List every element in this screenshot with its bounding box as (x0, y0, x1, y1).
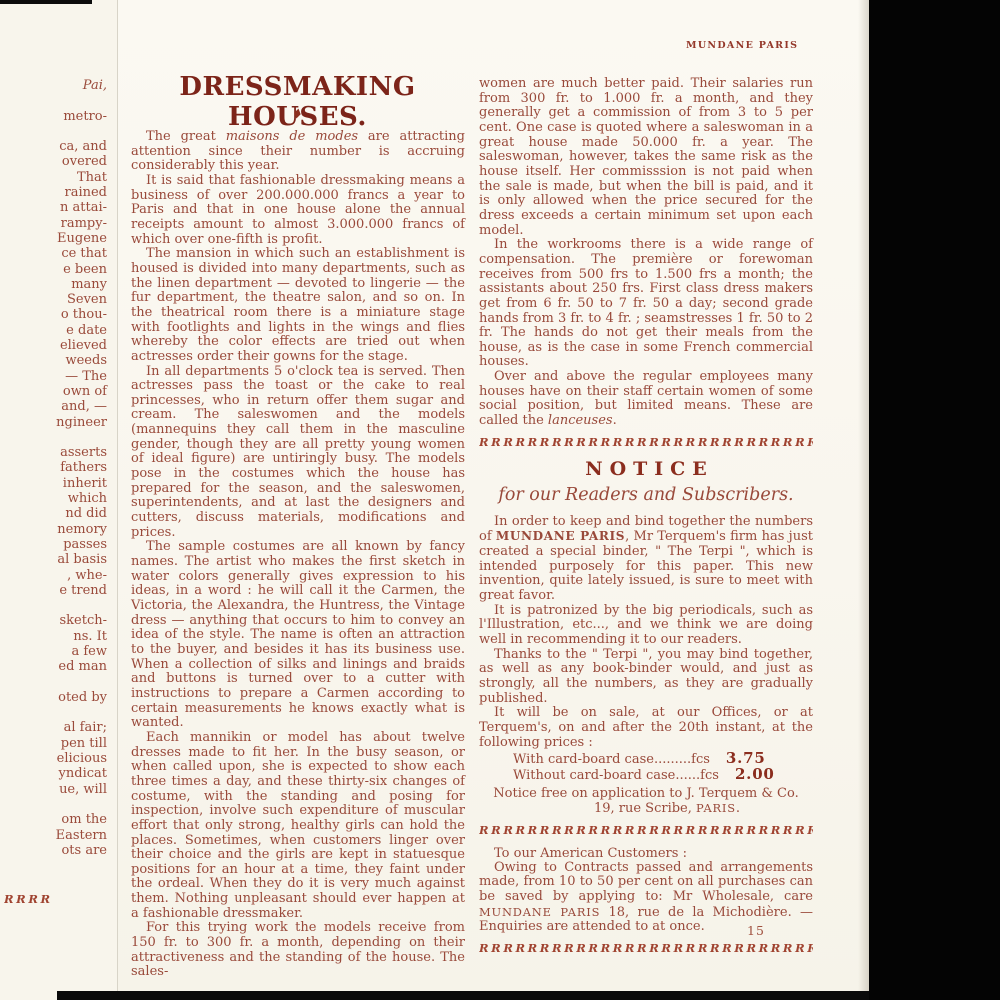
article-paragraph: For this trying work the models receive … (131, 921, 465, 980)
black-top-edge (0, 0, 92, 4)
notice-paragraphs: In order to keep and bind together the n… (479, 515, 813, 751)
left-page-fragment: e date (0, 323, 107, 338)
left-page-fragment: ns. It (0, 629, 107, 644)
notice-paragraph: In order to keep and bind together the n… (479, 515, 813, 604)
left-page-fragment: yndicat (0, 766, 107, 781)
notice-paragraph: It is patronized by the big periodicals,… (479, 604, 813, 648)
left-page-fragment: which (0, 491, 107, 506)
black-right-margin (869, 0, 1000, 1000)
notice-paragraph: Thanks to the " Terpi ", you may bind to… (479, 648, 813, 707)
left-page-fragment: and, — (0, 399, 107, 414)
left-page-fragment: inherit (0, 476, 107, 491)
article-paragraph: The mansion in which such an establishme… (131, 247, 465, 364)
notice-subtitle: for our Readers and Subscribers. (479, 484, 813, 506)
article-paragraph: In all departments 5 o'clock tea is serv… (131, 365, 465, 541)
left-page-fragment (0, 797, 107, 812)
left-page-fragment: fathers (0, 460, 107, 475)
article-paragraph: It is said that fashionable dressmaking … (131, 174, 465, 247)
left-page-fragment: ce that (0, 246, 107, 261)
magazine-name: MUNDANE PARIS (686, 40, 798, 51)
article-paragraph: In the workrooms there is a wide range o… (479, 238, 813, 370)
left-page-fragment: rained (0, 185, 107, 200)
left-page-fragment: Eastern (0, 828, 107, 843)
diamond-leaf-icon: ♦ (291, 105, 305, 123)
left-page-fragment: own of (0, 384, 107, 399)
left-page-fragment: — The (0, 369, 107, 384)
notice-paragraph: It will be on sale, at our Offices, or a… (479, 706, 813, 750)
left-page-fragment: asserts (0, 445, 107, 460)
article-column-right: women are much better paid. Their salari… (479, 77, 813, 958)
left-page-fragment (0, 430, 107, 445)
left-page-fragment: al fair; (0, 720, 107, 735)
left-page-fragment: many (0, 277, 107, 292)
black-bottom-edge (57, 991, 869, 1000)
page-gutter-line (117, 0, 118, 993)
left-page-fragment: o thou- (0, 307, 107, 322)
left-page-fragment: ue, will (0, 782, 107, 797)
left-page-fragment: oted by (0, 690, 107, 705)
left-page-fragment (0, 705, 107, 720)
left-page-fragment: rampy- (0, 216, 107, 231)
price-row: Without card-board case......fcs2.00 (513, 767, 813, 783)
article-paragraph-continuation: women are much better paid. Their salari… (479, 77, 813, 238)
left-page-fragment (0, 124, 107, 139)
left-page-fragment: e been (0, 262, 107, 277)
ornament-row: RRRRRRRRRRRRRRRRRRRRRRRRRRRRRRRR (479, 436, 813, 449)
left-page-fragment: That (0, 170, 107, 185)
article-paragraph: Each mannikin or model has about twelve … (131, 731, 465, 922)
left-page-fragment: metro- (0, 109, 107, 124)
article-paragraphs: In the workrooms there is a wide range o… (479, 238, 813, 429)
left-page-fragment: om the (0, 812, 107, 827)
ornament-row-small: RRRR (4, 893, 64, 906)
address-line: Notice free on application to J. Terquem… (479, 786, 813, 802)
article-column-left: The great maisons de modes are attractin… (131, 130, 465, 980)
price-value: 2.00 (735, 765, 775, 783)
left-page-fragment: Eugene (0, 231, 107, 246)
left-page-fragment (0, 598, 107, 613)
left-page-fragment: elieved (0, 338, 107, 353)
left-page-fragment (0, 93, 107, 108)
left-page-fragment: weeds (0, 353, 107, 368)
title-ornament-icon: ♦ (131, 107, 464, 121)
left-page-fragment: e trend (0, 583, 107, 598)
left-page-fragment: n attai- (0, 200, 107, 215)
page-number: 15 (747, 923, 765, 938)
article-title: DRESSMAKING HOUSES. (131, 72, 464, 132)
left-page-fragment: passes (0, 537, 107, 552)
article-paragraph: The sample costumes are all known by fan… (131, 540, 465, 731)
left-page-fragment: ed man (0, 659, 107, 674)
left-page-fragment: Pai, (0, 78, 107, 93)
left-page-fragment: ca, and (0, 139, 107, 154)
price-label: With card-board case.........fcs (513, 752, 710, 767)
left-page-fragment: overed (0, 154, 107, 169)
left-page-fragment: sketch- (0, 613, 107, 628)
left-page-fragment: nemory (0, 522, 107, 537)
left-page-fragment: Seven (0, 292, 107, 307)
notice-heading: NOTICE (479, 457, 813, 481)
facing-page-column: Pai,metro-ca, andoveredThatrainedn attai… (0, 78, 110, 858)
scanned-page: Pai,metro-ca, andoveredThatrainedn attai… (0, 0, 1000, 1000)
page-edge-shadow (858, 0, 869, 1000)
price-label: Without card-board case......fcs (513, 768, 719, 783)
article-paragraph: The great maisons de modes are attractin… (131, 130, 465, 174)
left-page-fragment (0, 675, 107, 690)
ornament-row: RRRRRRRRRRRRRRRRRRRRRRRRRRRRRRRR (479, 942, 813, 955)
left-page-fragment: a few (0, 644, 107, 659)
left-page-fragment: nd did (0, 506, 107, 521)
ornament-row: RRRRRRRRRRRRRRRRRRRRRRRRRRRRRRRR (479, 824, 813, 837)
left-page-fragment: ngineer (0, 415, 107, 430)
price-list: With card-board case.........fcs3.75 Wit… (513, 751, 813, 783)
left-page-fragment: pen till (0, 736, 107, 751)
left-page-fragment: ots are (0, 843, 107, 858)
left-page-fragment: , whe- (0, 568, 107, 583)
article-paragraph: Over and above the regular employees man… (479, 370, 813, 429)
address-line: 19, rue Scribe, PARIS. (521, 801, 813, 817)
left-page-fragment: elicious (0, 751, 107, 766)
left-page-fragment: al basis (0, 552, 107, 567)
american-customers-heading: To our American Customers : (479, 846, 813, 861)
